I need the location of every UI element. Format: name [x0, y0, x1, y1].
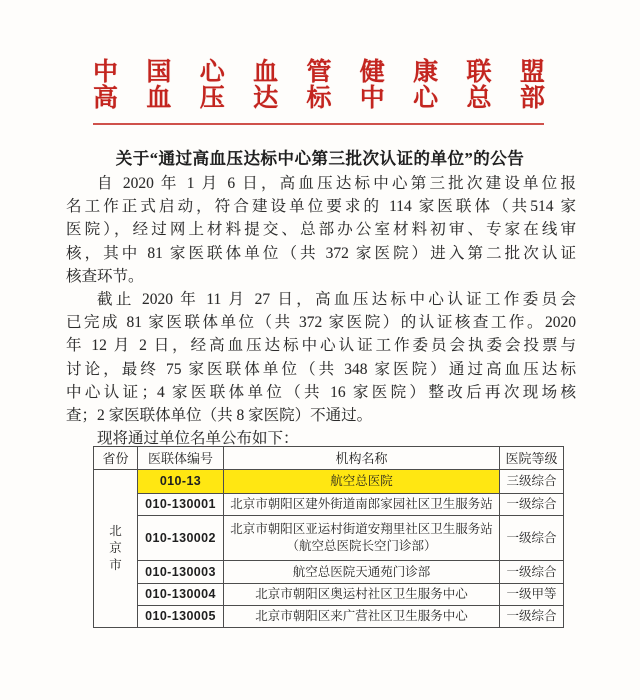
org-name-char: 标 [306, 86, 331, 112]
body-line: 讨论，最终 75 家医联体单位（共 348 家医院）通过高血压达标 [66, 358, 576, 381]
unit-name-line: 北京市朝阳区来广营社区卫生服务中心 [227, 608, 496, 625]
body-line: 核查环节。 [66, 265, 576, 288]
table-row: 010-130003航空总医院天通苑门诊部一级综合 [94, 561, 564, 584]
table-row: 010-130005北京市朝阳区来广营社区卫生服务中心一级综合 [94, 606, 564, 628]
body-line: 名工作正式启动，符合建设单位要求的 114 家医联体（共514 家 [66, 195, 576, 218]
unit-code-cell: 010-130001 [138, 494, 224, 516]
table-header-row: 省份医联体编号机构名称医院等级 [94, 447, 564, 470]
org-name-char: 康 [413, 60, 438, 86]
org-name-char: 管 [306, 60, 331, 86]
province-char: 京 [97, 540, 134, 557]
org-name-char: 高 [93, 86, 118, 112]
table-header-cell: 医联体编号 [138, 447, 224, 470]
hospital-grade-cell: 一级甲等 [500, 584, 564, 606]
org-name-char: 总 [467, 86, 492, 112]
hospital-grade-cell: 一级综合 [500, 561, 564, 584]
body-line: 自 2020 年 1 月 6 日，高血压达标中心第三批次建设单位报 [66, 172, 576, 195]
unit-code-cell: 010-130004 [138, 584, 224, 606]
body-line: 截止 2020 年 11 月 27 日，高血压达标中心认证工作委员会 [66, 288, 576, 311]
scanned-announcement-page: 中国心血管健康联盟 高血压达标中心总部 关于“通过高血压达标中心第三批次认证的单… [0, 0, 640, 700]
unit-name-cell: 北京市朝阳区来广营社区卫生服务中心 [224, 606, 500, 628]
body-line: 已完成 81 家医联体单位（共 372 家医院）的认证核查工作。2020 [66, 311, 576, 334]
unit-name-cell: 北京市朝阳区亚运村街道安翔里社区卫生服务站（航空总医院长空门诊部） [224, 516, 500, 561]
hospital-grade-cell: 三级综合 [500, 470, 564, 494]
org-name-char: 健 [360, 60, 385, 86]
unit-name-line: 航空总医院 [227, 473, 496, 490]
org-name-line2: 高血压达标中心总部 [93, 86, 545, 112]
table-row: 010-130001北京市朝阳区建外街道南郎家园社区卫生服务站一级综合 [94, 494, 564, 516]
certified-units-table: 省份医联体编号机构名称医院等级北京市010-13航空总医院三级综合010-130… [93, 446, 564, 628]
org-name-line1: 中国心血管健康联盟 [93, 60, 545, 86]
table-header-cell: 省份 [94, 447, 138, 470]
unit-name-line: 航空总医院天通苑门诊部 [227, 564, 496, 581]
unit-name-cell: 北京市朝阳区建外街道南郎家园社区卫生服务站 [224, 494, 500, 516]
unit-name-line: 北京市朝阳区建外街道南郎家园社区卫生服务站 [227, 496, 496, 513]
org-name-char: 压 [200, 86, 225, 112]
unit-code-cell: 010-130003 [138, 561, 224, 584]
org-name-char: 达 [253, 86, 278, 112]
province-char: 北 [97, 523, 134, 540]
org-name-char: 部 [520, 86, 545, 112]
unit-name-cell: 北京市朝阳区奥运村社区卫生服务中心 [224, 584, 500, 606]
org-name-char: 血 [253, 60, 278, 86]
org-name-char: 血 [146, 86, 171, 112]
province-char: 市 [97, 557, 134, 574]
hospital-grade-cell: 一级综合 [500, 606, 564, 628]
table-row: 010-130002北京市朝阳区亚运村街道安翔里社区卫生服务站（航空总医院长空门… [94, 516, 564, 561]
org-name-char: 心 [413, 86, 438, 112]
org-name-char: 中 [93, 60, 118, 86]
body-line: 查；2 家医联体单位（共 8 家医院）不通过。 [66, 404, 576, 427]
org-name-char: 联 [467, 60, 492, 86]
hospital-grade-cell: 一级综合 [500, 494, 564, 516]
body-line: 年 12 月 2 日，经高血压达标中心认证工作委员会执委会投票与 [66, 334, 576, 357]
body-line: 医院），经过网上材料提交、总部办公室材料初审、专家在线审 [66, 218, 576, 241]
letterhead-divider [93, 123, 544, 125]
org-name-char: 中 [360, 86, 385, 112]
table-header-cell: 机构名称 [224, 447, 500, 470]
hospital-grade-cell: 一级综合 [500, 516, 564, 561]
unit-name-line: 北京市朝阳区奥运村社区卫生服务中心 [227, 586, 496, 603]
org-name-char: 国 [146, 60, 171, 86]
org-name-char: 盟 [520, 60, 545, 86]
announcement-body: 自 2020 年 1 月 6 日，高血压达标中心第三批次建设单位报名工作正式启动… [66, 172, 576, 450]
unit-name-cell: 航空总医院 [224, 470, 500, 494]
letterhead: 中国心血管健康联盟 高血压达标中心总部 [93, 60, 545, 112]
unit-name-line: 北京市朝阳区亚运村街道安翔里社区卫生服务站 [227, 521, 496, 538]
unit-name-line: （航空总医院长空门诊部） [227, 538, 496, 555]
body-line: 核，其中 81 家医联体单位（共 372 家医院）进入第二批次认证 [66, 242, 576, 265]
announcement-title: 关于“通过高血压达标中心第三批次认证的单位”的公告 [0, 145, 640, 169]
unit-name-cell: 航空总医院天通苑门诊部 [224, 561, 500, 584]
table-row: 010-130004北京市朝阳区奥运村社区卫生服务中心一级甲等 [94, 584, 564, 606]
unit-code-cell: 010-13 [138, 470, 224, 494]
org-name-char: 心 [200, 60, 225, 86]
unit-code-cell: 010-130005 [138, 606, 224, 628]
table-header-cell: 医院等级 [500, 447, 564, 470]
table-row: 北京市010-13航空总医院三级综合 [94, 470, 564, 494]
province-cell: 北京市 [94, 470, 138, 628]
unit-code-cell: 010-130002 [138, 516, 224, 561]
body-line: 中心认证；4 家医联体单位（共 16 家医院）整改后再次现场核 [66, 381, 576, 404]
